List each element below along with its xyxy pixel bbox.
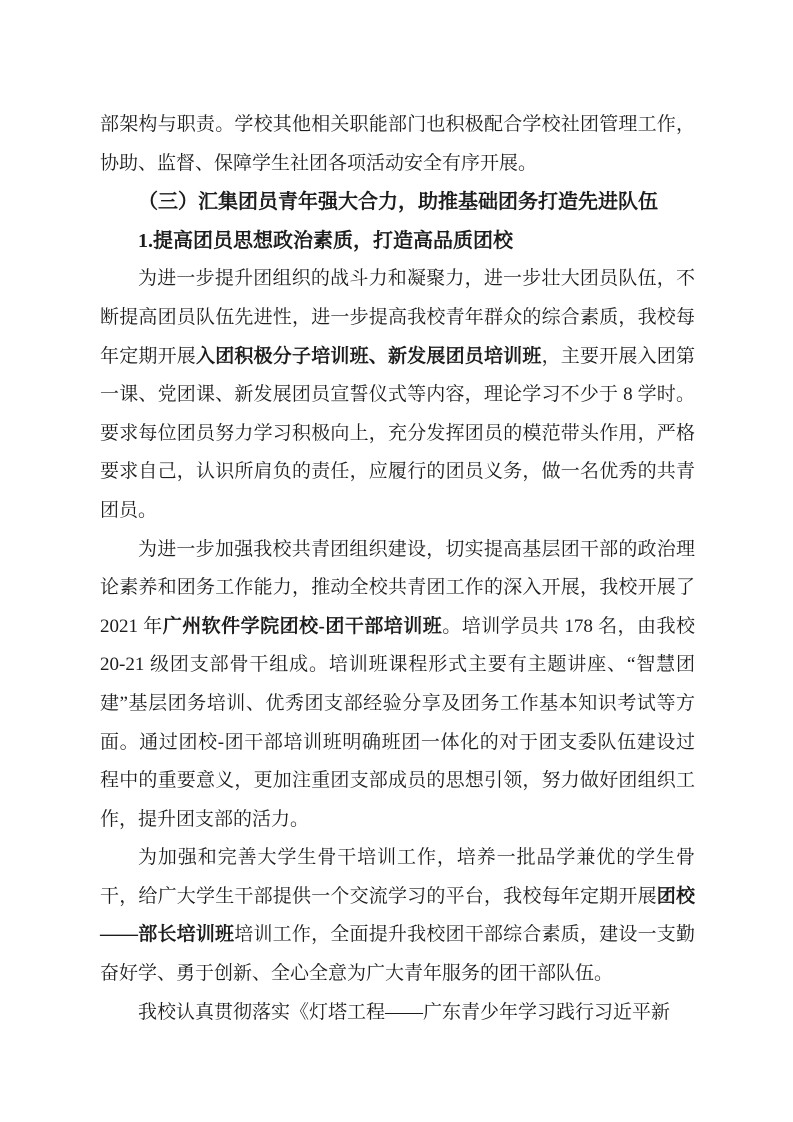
bold-text-run: 1.提高团员思想政治素质，打造高品质团校 xyxy=(138,230,513,252)
text-run: 。培训学员共 178 名，由我校 20-21 级团支部骨干组成。培训班课程形式主… xyxy=(100,616,695,830)
paragraph: 我校认真贯彻落实《灯塔工程——广东青少年学习践行习近平新 xyxy=(100,994,695,1033)
text-run: 为加强和完善大学生骨干培训工作，培养一批品学兼优的学生骨干，给广大学生干部提供一… xyxy=(100,847,695,907)
bold-text-run: 入团积极分子培训班、新发展团员培训班 xyxy=(196,346,542,367)
paragraph: 部架构与职责。学校其他相关职能部门也积极配合学校社团管理工作，协助、监督、保障学… xyxy=(100,106,695,183)
text-run: 部架构与职责。学校其他相关职能部门也积极配合学校社团管理工作，协助、监督、保障学… xyxy=(100,114,695,174)
text-run: 我校认真贯彻落实《灯塔工程——广东青少年学习践行习近平新 xyxy=(138,1002,670,1023)
paragraph: 为进一步提升团组织的战斗力和凝聚力，进一步壮大团员队伍，不断提高团员队伍先进性，… xyxy=(100,260,695,530)
document-page: 部架构与职责。学校其他相关职能部门也积极配合学校社团管理工作，协助、监督、保障学… xyxy=(0,0,793,1122)
bold-text-run: 广州软件学院团校-团干部培训班 xyxy=(163,616,443,637)
paragraph: 为进一步加强我校共青团组织建设，切实提高基层团干部的政治理论素养和团务工作能力，… xyxy=(100,531,695,840)
paragraph: 为加强和完善大学生骨干培训工作，培养一批品学兼优的学生骨干，给广大学生干部提供一… xyxy=(100,839,695,993)
text-run: ，主要开展入团第一课、党团课、新发展团员宣誓仪式等内容，理论学习不少于 8 学时… xyxy=(100,346,695,521)
sub-heading: 1.提高团员思想政治素质，打造高品质团校 xyxy=(100,222,695,261)
document-body: 部架构与职责。学校其他相关职能部门也积极配合学校社团管理工作，协助、监督、保障学… xyxy=(100,106,695,1032)
bold-text-run: （三）汇集团员青年强大合力，助推基础团务打造先进队伍 xyxy=(138,191,658,213)
section-heading: （三）汇集团员青年强大合力，助推基础团务打造先进队伍 xyxy=(100,183,695,222)
